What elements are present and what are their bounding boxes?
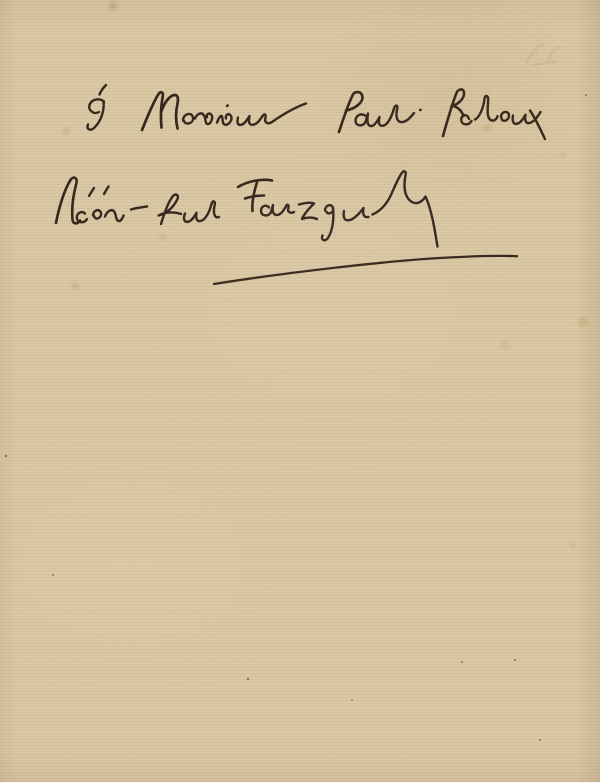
inscription-page: à Monsieur Paul Reboux Léon-Paul Fargue xyxy=(0,0,600,782)
